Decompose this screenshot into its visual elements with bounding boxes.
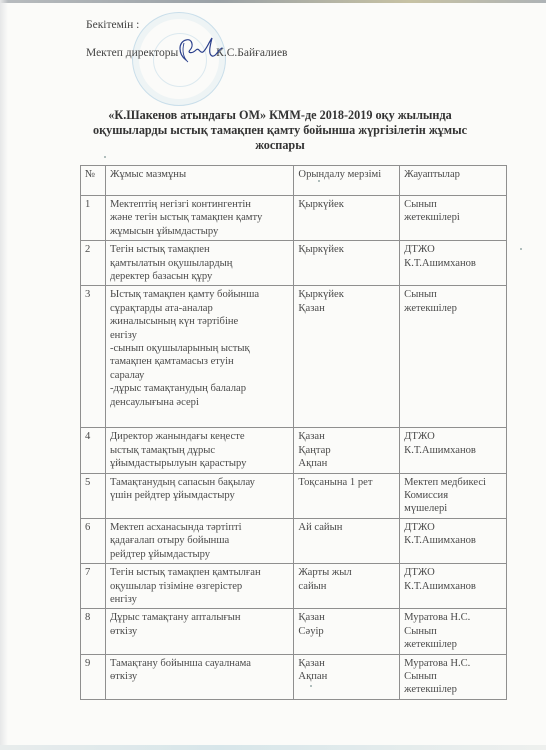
row-number: 5 (81, 473, 106, 518)
work-line: жиналысының күн тәртібіне (110, 315, 290, 328)
row-number: 7 (81, 564, 106, 609)
table-row: 7Тегін ыстық тамақпен қамтылғаноқушылар … (81, 564, 507, 609)
row-work-cell: Мектептің негізгі контингентінжәне тегін… (105, 196, 293, 241)
table-header-row: № Жұмыс мазмұны Орындалу мерзімі Жауапты… (81, 166, 507, 196)
term-line: сайын (298, 580, 396, 593)
term-line: Қазан (298, 657, 396, 670)
scan-speck (104, 156, 106, 158)
work-line: Мектептің негізгі контингентін (110, 198, 290, 211)
table-row: 3Ыстық тамақпен қамту бойыншасұрақтарды … (81, 286, 507, 428)
work-line: Тегін ыстық тамақпен (110, 243, 290, 256)
term-line: Қазан (298, 430, 396, 443)
row-responsible-cell: Муратова Н.С.Сыныпжетекшілер (400, 654, 507, 699)
work-line: енгізу (110, 329, 290, 342)
work-line: оқушылар тізіміне өзгерістер (110, 580, 290, 593)
row-responsible-cell: Мектеп медбикесіКомиссиямүшелері (400, 473, 507, 518)
responsible-line: К.Т.Ашимханов (404, 444, 503, 457)
director-label: Мектеп директоры (86, 47, 178, 59)
term-line: Ақпан (298, 670, 396, 683)
scan-speck (310, 685, 312, 687)
scan-left-shadow (0, 0, 8, 750)
responsible-line: Сынып (404, 625, 503, 638)
responsible-line: Муратова Н.С. (404, 611, 503, 624)
title-line-1: «К.Шакенов атындағы ОМ» КММ-де 2018-2019… (60, 108, 500, 123)
responsible-line: Сынып (404, 198, 503, 211)
row-term-cell: Ай сайын (294, 518, 400, 563)
row-term-cell: ҚыркүйекҚазан (294, 286, 400, 428)
row-responsible-cell: ДТЖОК.Т.Ашимханов (400, 564, 507, 609)
responsible-line: ДТЖО (404, 521, 503, 534)
work-line: Ыстық тамақпен қамту бойынша (110, 288, 290, 301)
row-work-cell: Тамақтанудың сапасын бақылауүшін рейдтер… (105, 473, 293, 518)
row-number: 6 (81, 518, 106, 563)
term-line: Жарты жыл (298, 566, 396, 579)
responsible-line: К.Т.Ашимханов (404, 580, 503, 593)
responsible-line: Мектеп медбикесі (404, 476, 503, 489)
row-responsible-cell: ДТЖОК.Т.Ашимханов (400, 241, 507, 286)
table-row: 2Тегін ыстық тамақпенқамтылатын оқушылар… (81, 241, 507, 286)
responsible-line: ДТЖО (404, 430, 503, 443)
responsible-line: жетекшілер (404, 302, 503, 315)
term-line: Ақпан (298, 457, 396, 470)
term-line: Сәуір (298, 625, 396, 638)
work-line: -сынып оқушыларының ыстық (110, 342, 290, 355)
scan-bottom-edge (0, 745, 546, 750)
table-row: 8Дұрыс тамақтану апталығынөткізуҚазанСәу… (81, 609, 507, 654)
header-work: Жұмыс мазмұны (105, 166, 293, 196)
term-line: Қазан (298, 302, 396, 315)
row-work-cell: Ыстық тамақпен қамту бойыншасұрақтарды а… (105, 286, 293, 428)
work-line: ыстық тамақтың дұрыс (110, 444, 290, 457)
title-line-3: жоспары (60, 138, 500, 153)
scan-speck (520, 248, 522, 250)
responsible-line: мүшелері (404, 502, 503, 515)
responsible-line: Сынып (404, 670, 503, 683)
row-number: 3 (81, 286, 106, 428)
table-row: 9Тамақтану бойынша сауалнамаөткізуҚазанА… (81, 654, 507, 699)
responsible-line: Сынып (404, 288, 503, 301)
row-term-cell: ҚазанАқпан (294, 654, 400, 699)
responsible-line: ДТЖО (404, 243, 503, 256)
work-line: Дұрыс тамақтану апталығын (110, 611, 290, 624)
responsible-line: жетекшілері (404, 211, 503, 224)
work-line: Тамақтану бойынша сауалнама (110, 657, 290, 670)
row-work-cell: Директор жанындағы кеңестеыстық тамақтың… (105, 428, 293, 473)
work-line: саралау (110, 369, 290, 382)
scan-top-edge (0, 0, 546, 3)
work-line: денсаулығына әсері (110, 396, 290, 409)
document-title: «К.Шакенов атындағы ОМ» КММ-де 2018-2019… (60, 108, 500, 153)
row-work-cell: Дұрыс тамақтану апталығынөткізу (105, 609, 293, 654)
row-responsible-cell: Сыныпжетекшілері (400, 196, 507, 241)
row-number: 2 (81, 241, 106, 286)
row-term-cell: ҚазанҚаңтарАқпан (294, 428, 400, 473)
work-line: Тамақтанудың сапасын бақылау (110, 476, 290, 489)
responsible-line: Комиссия (404, 489, 503, 502)
responsible-line: ДТЖО (404, 566, 503, 579)
work-line: Мектеп асханасында тәртіпті (110, 521, 290, 534)
responsible-line: К.Т.Ашимханов (404, 534, 503, 547)
work-line: рейдтер ұйымдастыру (110, 548, 290, 561)
responsible-line: К.Т.Ашимханов (404, 257, 503, 270)
row-term-cell: Қыркүйек (294, 241, 400, 286)
work-line: Тегін ыстық тамақпен қамтылған (110, 566, 290, 579)
row-term-cell: Жарты жылсайын (294, 564, 400, 609)
title-line-2: оқушыларды ыстық тамақпен қамту бойынша … (60, 123, 500, 138)
row-responsible-cell: ДТЖОК.Т.Ашимханов (400, 518, 507, 563)
row-number: 1 (81, 196, 106, 241)
table-row: 6Мектеп асханасында тәртіптіқадағалап от… (81, 518, 507, 563)
approve-label: Бекітемін : (86, 19, 139, 31)
term-line: Қаңтар (298, 444, 396, 457)
row-number: 8 (81, 609, 106, 654)
row-work-cell: Мектеп асханасында тәртіптіқадағалап оты… (105, 518, 293, 563)
table-row: 5Тамақтанудың сапасын бақылауүшін рейдте… (81, 473, 507, 518)
header-num: № (81, 166, 106, 196)
term-line: Ай сайын (298, 521, 396, 534)
work-line: жұмысын ұйымдастыру (110, 225, 290, 238)
row-term-cell: Тоқсанына 1 рет (294, 473, 400, 518)
row-work-cell: Тегін ыстық тамақпен қамтылғаноқушылар т… (105, 564, 293, 609)
work-line: үшін рейдтер ұйымдастыру (110, 489, 290, 502)
scan-speck (318, 180, 320, 182)
row-responsible-cell: Муратова Н.С.Сыныпжетекшілер (400, 609, 507, 654)
work-line: қадағалап отыру бойынша (110, 534, 290, 547)
work-line: өткізу (110, 670, 290, 683)
row-work-cell: Тамақтану бойынша сауалнамаөткізу (105, 654, 293, 699)
work-line: -дұрыс тамақтанудың балалар (110, 382, 290, 395)
table-row: 4Директор жанындағы кеңестеыстық тамақты… (81, 428, 507, 473)
row-number: 4 (81, 428, 106, 473)
responsible-line: Муратова Н.С. (404, 657, 503, 670)
term-line: Қыркүйек (298, 288, 396, 301)
responsible-line: жетекшілер (404, 638, 503, 651)
work-line: ұйымдастырылуын қарастыру (110, 457, 290, 470)
responsible-line: жетекшілер (404, 683, 503, 696)
work-line: Директор жанындағы кеңесте (110, 430, 290, 443)
work-line: қамтылатын оқушылардың (110, 257, 290, 270)
row-responsible-cell: Сыныпжетекшілер (400, 286, 507, 428)
work-line: тамақпен қамтамасыз етуін (110, 355, 290, 368)
term-line: Тоқсанына 1 рет (298, 476, 396, 489)
header-responsible: Жауаптылар (400, 166, 507, 196)
work-line: деректер базасын құру (110, 270, 290, 283)
work-line: және тегін ыстық тамақпен қамту (110, 211, 290, 224)
table-row: 1Мектептің негізгі контингентінжәне тегі… (81, 196, 507, 241)
row-number: 9 (81, 654, 106, 699)
term-line: Қыркүйек (298, 198, 396, 211)
row-work-cell: Тегін ыстық тамақпенқамтылатын оқушылард… (105, 241, 293, 286)
header-term: Орындалу мерзімі (294, 166, 400, 196)
row-term-cell: ҚазанСәуір (294, 609, 400, 654)
term-line: Қазан (298, 611, 396, 624)
work-line: енгізу (110, 593, 290, 606)
signature-icon (172, 34, 232, 66)
work-line: өткізу (110, 625, 290, 638)
work-plan-table: № Жұмыс мазмұны Орындалу мерзімі Жауапты… (80, 165, 507, 700)
work-line: сұрақтарды ата-аналар (110, 302, 290, 315)
term-line: Қыркүйек (298, 243, 396, 256)
row-responsible-cell: ДТЖОК.Т.Ашимханов (400, 428, 507, 473)
row-term-cell: Қыркүйек (294, 196, 400, 241)
